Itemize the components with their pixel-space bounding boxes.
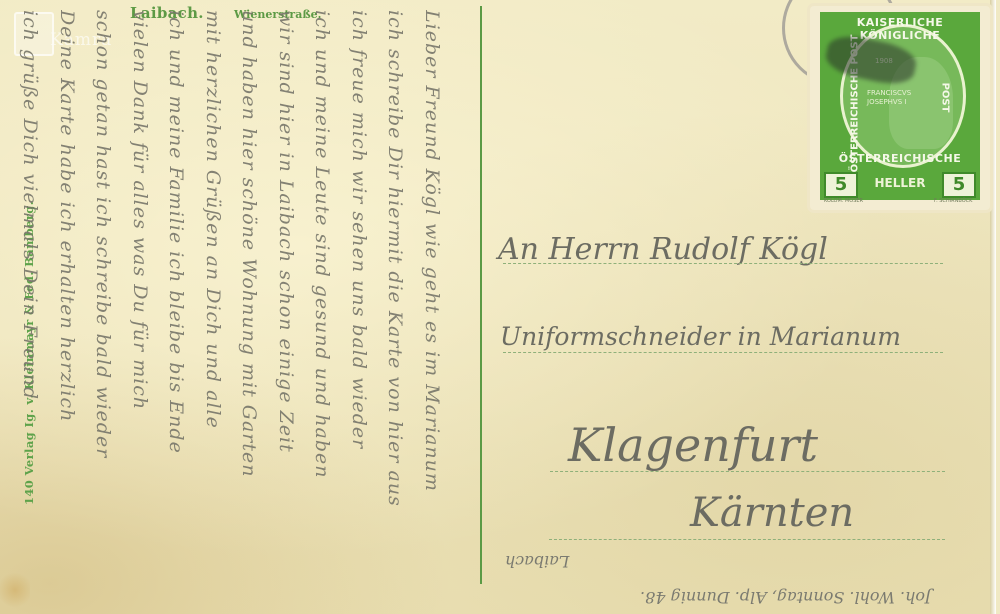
message-line: wir sind hier in Laibach schon einige Ze… [268, 10, 305, 590]
stamp-bottom-text: ÖSTERREICHISCHE [820, 152, 980, 165]
message-line: schon getan hast ich schreibe bald wiede… [85, 10, 122, 590]
stamp-value-left: 5 [824, 172, 858, 198]
stamp-side-text-right: POST [939, 83, 950, 113]
message-line: vielen Dank für alles was Du für mich [122, 10, 159, 590]
address-city: Klagenfurt [568, 418, 818, 472]
message-line: und haben hier schöne Wohnung mit Garten [231, 10, 268, 590]
sender-city-upside-down: Laibach [505, 552, 569, 571]
postcard: Kamra Laibach. Wienerstraße. 140 Verlag … [0, 0, 996, 614]
message-line: Lieber Freund Kögl wie geht es im Marian… [414, 10, 451, 590]
postage-stamp: 1908 FRANCISCVS JOSEPHVS I KAISERLICHE K… [810, 6, 990, 210]
card-edge [990, 0, 996, 614]
stamp-value-right: 5 [942, 172, 976, 198]
message-line: ich und meine Leute sind gesund und habe… [304, 10, 341, 590]
center-divider-line [480, 6, 482, 584]
sender-address-upside-down: Joh. Wohl. Sonntag, Alp. Dunnig 48. [640, 588, 931, 607]
address-region: Kärnten [690, 490, 854, 536]
address-guide-line-2 [503, 352, 943, 353]
handwritten-message: Lieber Freund Kögl wie geht es im Marian… [10, 10, 450, 590]
message-line: Deine Karte habe ich erhalten herzlich [49, 10, 86, 590]
stamp-portrait-name: FRANCISCVS JOSEPHVS I [867, 89, 907, 107]
stamp-currency-unit: HELLER [860, 176, 940, 190]
message-line: ich grüße Dich vielmals Dein Freund [12, 10, 49, 590]
address-guide-line-4 [549, 539, 945, 540]
message-line: ich schreibe Dir hiermit die Karte von h… [377, 10, 414, 590]
message-line: mit herzlichen Grüßen an Dich und alle [195, 10, 232, 590]
stamp-designer-imprint: KOLOM. MOSER [824, 198, 863, 204]
stamp-engraver-imprint: F. SCHIRNBÖCK [934, 198, 972, 204]
message-line: ich und meine Familie ich bleibe bis End… [158, 10, 195, 590]
address-guide-line-1 [503, 263, 943, 264]
address-recipient: An Herrn Rudolf Kögl [498, 232, 828, 267]
address-occupation: Uniformschneider in Marianum [500, 322, 901, 351]
address-guide-line-3 [550, 471, 945, 472]
message-line: ich freue mich wir sehen uns bald wieder [341, 10, 378, 590]
